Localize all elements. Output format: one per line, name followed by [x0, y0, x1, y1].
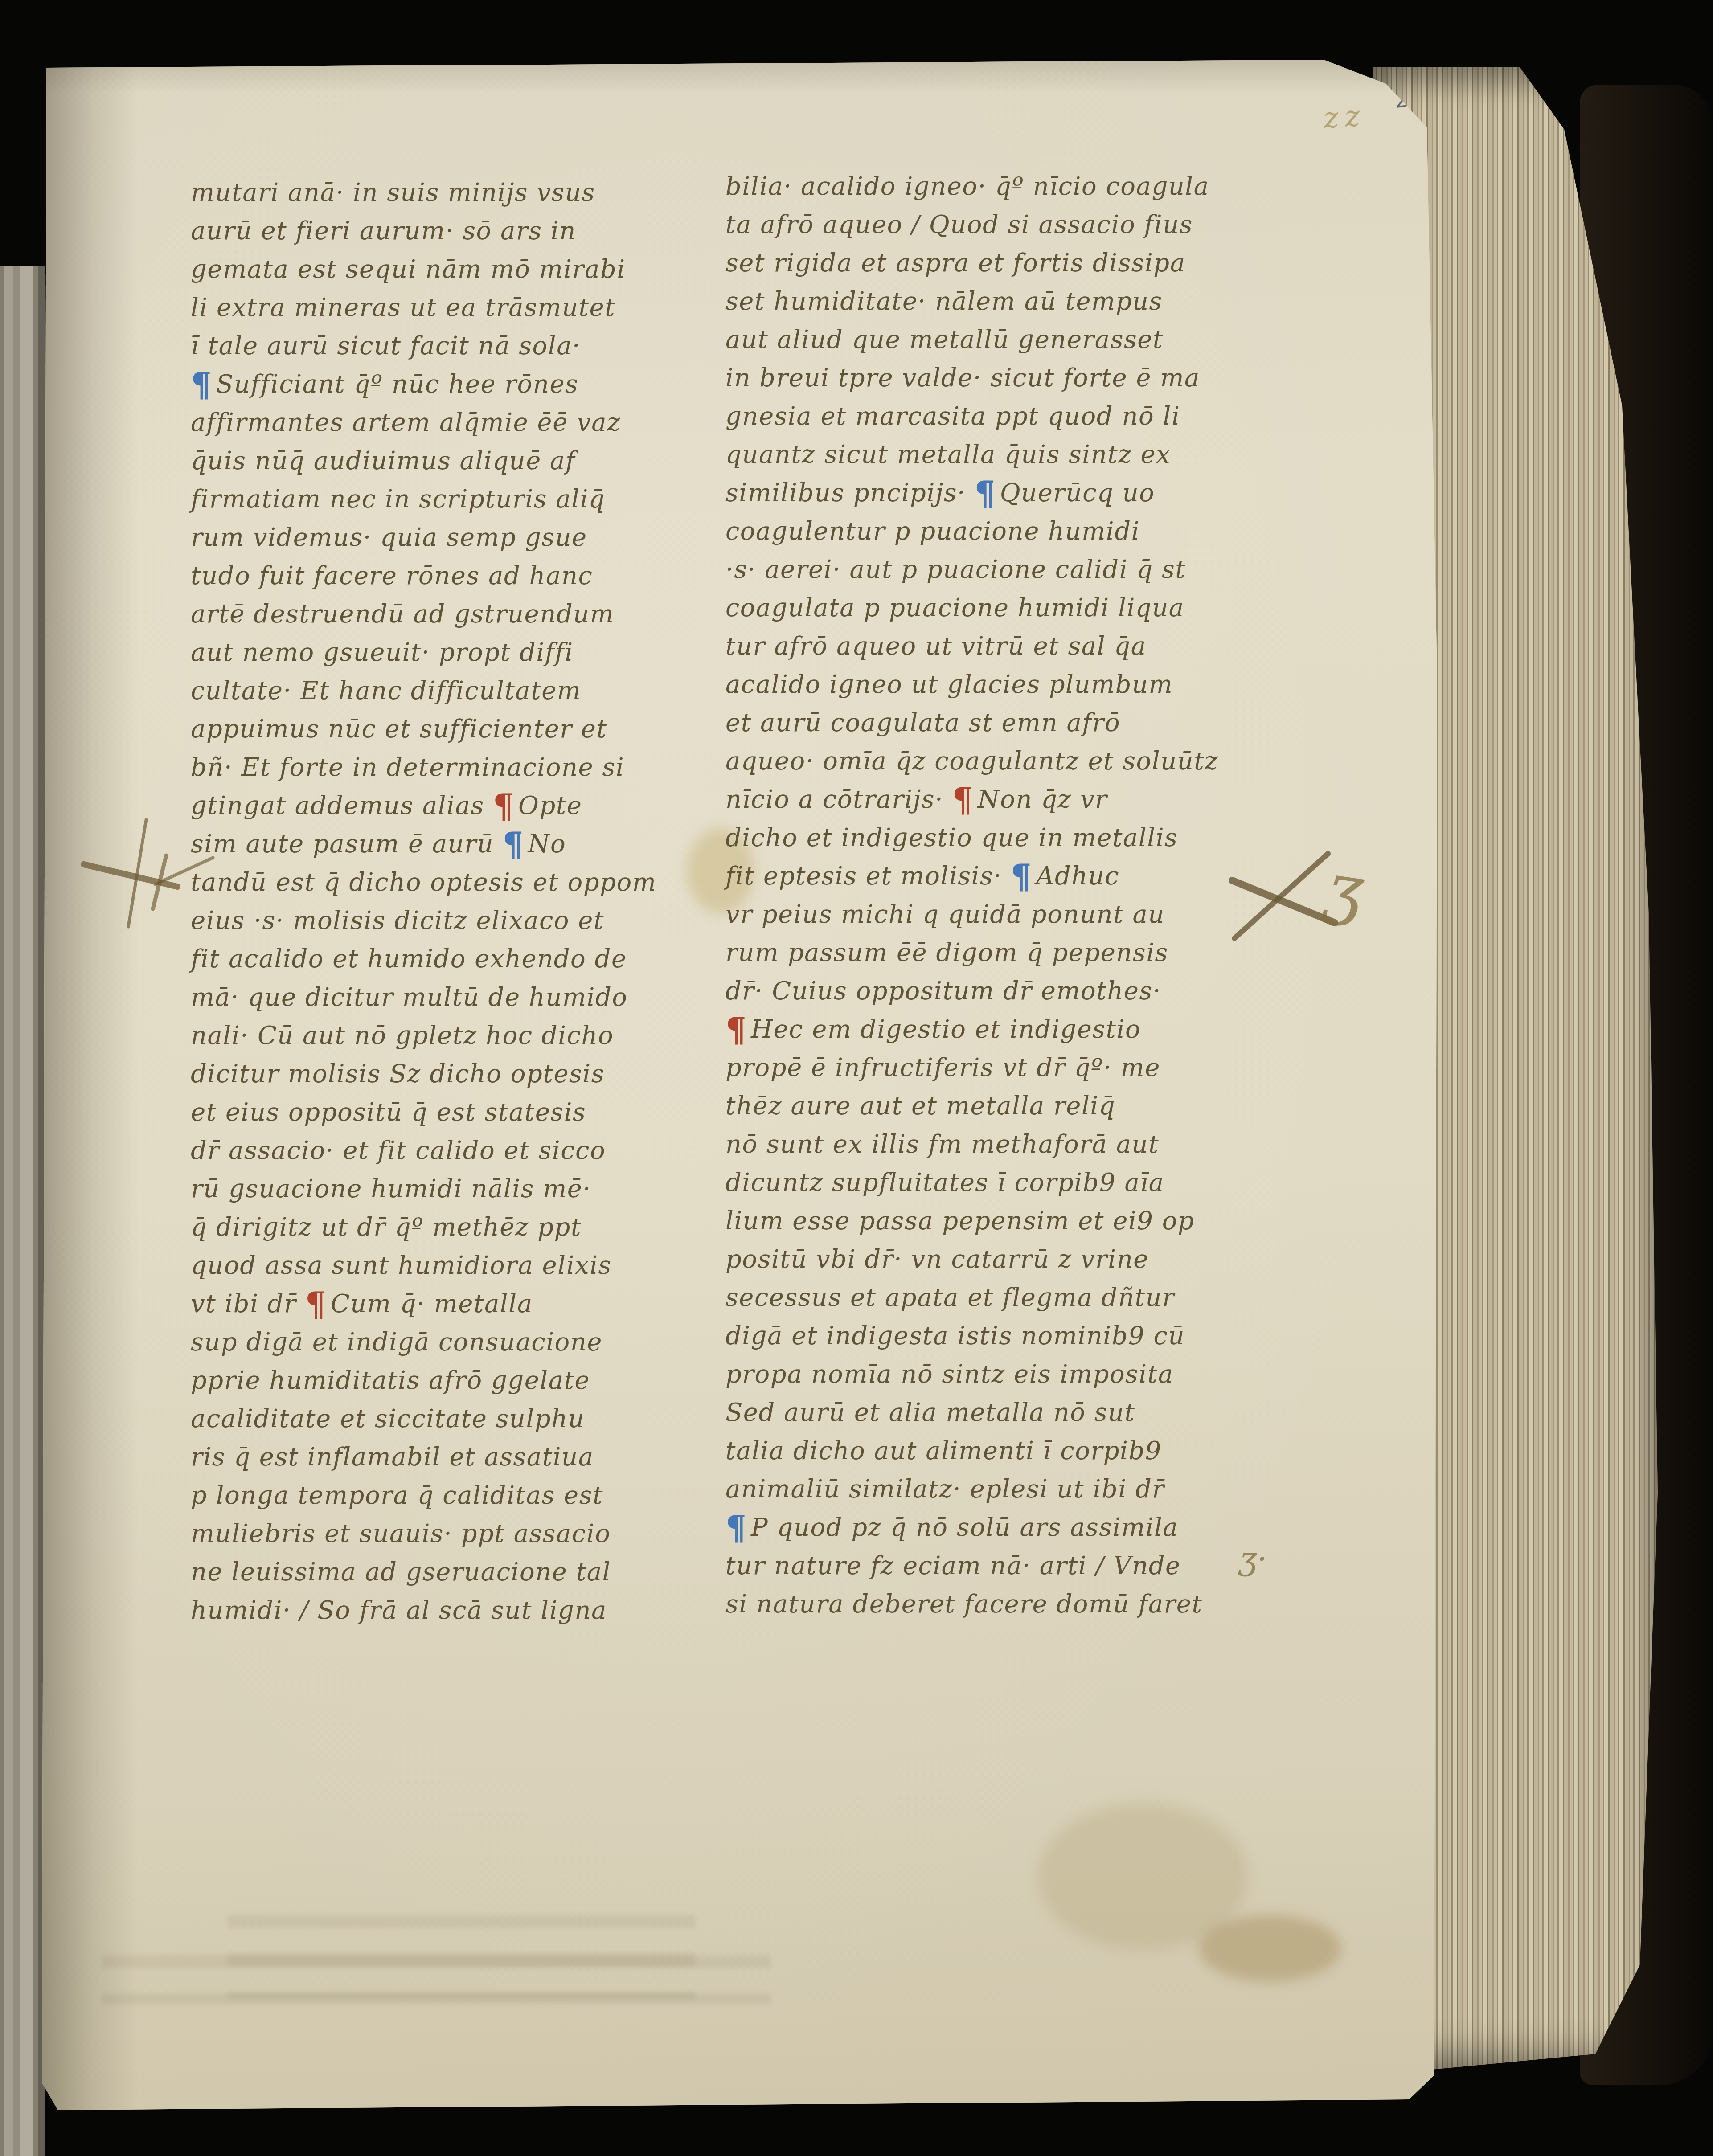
text-line: sup digā et indigā consuacione — [191, 1323, 694, 1362]
text-run: secessus et apata et flegma dñtur — [725, 1283, 1175, 1312]
text-line: sim aute pasum ē aurū ¶No — [191, 825, 694, 863]
text-line: gemata est sequi nām mō mirabi — [191, 250, 694, 289]
text-line: dr̄· Cuius oppositum dr̄ emothes· — [725, 972, 1287, 1010]
text-run: aut nemo gsueuit· propt diffi — [191, 638, 574, 667]
text-run: affirmantes artem alq̄mie ēē vaz — [191, 408, 621, 437]
text-run: talia dicho aut alimenti ī corpib9 — [725, 1436, 1162, 1465]
text-line: dicitur molisis Sz dicho optesis — [191, 1055, 694, 1093]
text-line: lium esse passa pepensim et ei9 op — [725, 1202, 1287, 1240]
manuscript-photo: { "page": { "folio_old": "zz", "folio_ne… — [0, 0, 1713, 2156]
text-line: vt ibi dr̄ ¶Cum q̄· metalla — [191, 1285, 694, 1323]
text-run: mutari anā· in suis minijs vsus — [191, 178, 595, 207]
text-line: rū gsuacione humidi nālis mē· — [191, 1170, 694, 1208]
pilcrow-red-initial: ¶ — [305, 1285, 326, 1324]
text-line: p longa tempora q̄ caliditas est — [191, 1477, 694, 1515]
text-line: quantz sicut metalla q̄uis sintz ex — [725, 436, 1287, 474]
left-margin-cross-mark — [66, 811, 217, 936]
text-run: pprie humiditatis afrō ggelate — [191, 1366, 590, 1395]
text-line: nali· Cū aut nō gpletz hoc dicho — [191, 1017, 694, 1055]
text-line: tur afrō aqueo ut vitrū et sal q̄a — [725, 627, 1287, 666]
text-line: aurū et fieri aurum· sō ars in — [191, 212, 694, 250]
text-run: Opte — [518, 791, 582, 820]
text-line: et eius oppositū q̄ est statesis — [191, 1093, 694, 1132]
text-run: ris q̄ est inflamabil et assatiua — [191, 1443, 594, 1472]
pilcrow-blue-initial: ¶ — [1011, 858, 1032, 896]
text-run: dr̄ assacio· et fit calido et sicco — [191, 1136, 606, 1165]
text-line: eius ·s· molisis dicitz elixaco et — [191, 902, 694, 940]
verso-show-through — [102, 1955, 771, 2004]
text-run: No — [528, 830, 566, 859]
text-run: nīcio a cōtrarijs· — [725, 785, 952, 814]
text-run: et eius oppositū q̄ est statesis — [191, 1098, 586, 1127]
text-line: rum videmus· quia semp gsue — [191, 519, 694, 557]
text-run: q̄ dirigitz ut dr̄ q̄º methēz ppt — [191, 1213, 582, 1242]
text-run: bñ· Et forte in determinacione si — [191, 753, 624, 782]
text-line: nīcio a cōtrarijs· ¶Non q̄z vr — [725, 781, 1287, 819]
text-line: affirmantes artem alq̄mie ēē vaz — [191, 404, 694, 442]
text-run: fit eptesis et molisis· — [725, 862, 1011, 891]
underlying-page-edges — [0, 266, 45, 2156]
text-run: muliebris et suauis· ppt assacio — [191, 1519, 611, 1548]
text-line: li extra mineras ut ea trāsmutet — [191, 289, 694, 327]
text-line: cultate· Et hanc difficultatem — [191, 672, 694, 710]
text-line: animaliū similatz· eplesi ut ibi dr̄ — [725, 1470, 1287, 1509]
text-run: humidi· / So frā al scā sut ligna — [191, 1596, 607, 1625]
text-line: aqueo· omīa q̄z coagulantz et soluūtz — [725, 742, 1287, 781]
text-run: eius ·s· molisis dicitz elixaco et — [191, 906, 604, 935]
text-run: aurū et fieri aurum· sō ars in — [191, 217, 576, 245]
text-run: propē ē infructiferis vt dr̄ q̄º· me — [725, 1053, 1160, 1082]
text-run: P quod pz q̄ nō solū ars assimila — [751, 1513, 1178, 1542]
text-line: q̄uis nūq̄ audiuimus aliquē af — [191, 442, 694, 480]
text-line: acaliditate et siccitate sulphu — [191, 1400, 694, 1438]
text-run: sup digā et indigā consuacione — [191, 1328, 602, 1357]
text-line: coagulata p puacione humidi liqua — [725, 589, 1287, 627]
text-line: nō sunt ex illis fm methaforā aut — [725, 1125, 1287, 1164]
text-line: digā et indigesta istis nominib9 cū — [725, 1317, 1287, 1355]
text-run: mā· que dicitur multū de humido — [191, 983, 628, 1012]
text-line: secessus et apata et flegma dñtur — [725, 1279, 1287, 1317]
text-line: Sed aurū et alia metalla nō sut — [725, 1394, 1287, 1432]
text-line: set humiditate· nālem aū tempus — [725, 282, 1287, 321]
top-edge-shadow — [40, 53, 1448, 93]
text-run: nali· Cū aut nō gpletz hoc dicho — [191, 1021, 614, 1050]
text-line: acalido igneo ut glacies plumbum — [725, 666, 1287, 704]
text-line: bilia· acalido igneo· q̄º nīcio coagula — [725, 168, 1287, 206]
text-line: fit acalido et humido exhendo de — [191, 940, 694, 978]
text-line: tudo fuit facere rōnes ad hanc — [191, 557, 694, 595]
text-run: Adhuc — [1036, 862, 1119, 891]
text-line: ī tale aurū sicut facit nā sola· — [191, 327, 694, 365]
text-line: humidi· / So frā al scā sut ligna — [191, 1591, 694, 1630]
text-run: tur afrō aqueo ut vitrū et sal q̄a — [725, 632, 1147, 661]
text-line: ne leuissima ad gseruacione tal — [191, 1553, 694, 1591]
text-line: aut aliud que metallū generasset — [725, 321, 1287, 359]
text-run: tudo fuit facere rōnes ad hanc — [191, 561, 593, 590]
text-run: fit acalido et humido exhendo de — [191, 945, 627, 974]
text-run: si natura deberet facere domū faret — [725, 1590, 1203, 1619]
text-line: ¶Hec em digestio et indigestio — [725, 1010, 1287, 1049]
text-run: ne leuissima ad gseruacione tal — [191, 1558, 611, 1587]
text-run: dicitur molisis Sz dicho optesis — [191, 1060, 605, 1088]
text-run: p longa tempora q̄ caliditas est — [191, 1481, 603, 1510]
text-line: in breui tpre valde· sicut forte ē ma — [725, 359, 1287, 397]
text-run: rum videmus· quia semp gsue — [191, 523, 587, 552]
text-run: Querūcq uo — [1000, 479, 1155, 507]
text-run: sim aute pasum ē aurū — [191, 830, 502, 859]
text-run: dicho et indigestio que in metallis — [725, 823, 1178, 852]
text-line: quod assa sunt humidiora elixis — [191, 1247, 694, 1285]
text-run: nō sunt ex illis fm methaforā aut — [725, 1130, 1159, 1159]
pilcrow-blue-initial: ¶ — [502, 826, 523, 864]
text-line: ·s· aerei· aut p puacione calidi q̄ st — [725, 551, 1287, 589]
pilcrow-blue-initial: ¶ — [975, 475, 996, 513]
text-run: artē destruendū ad gstruendum — [191, 600, 614, 629]
text-line: ta afrō aqueo / Quod si assacio fius — [725, 206, 1287, 244]
text-line: thēz aure aut et metalla reliq̄ — [725, 1087, 1287, 1125]
text-line: si natura deberet facere domū faret — [725, 1585, 1287, 1624]
text-run: gemata est sequi nām mō mirabi — [191, 255, 626, 284]
folio-number-old: zz — [1323, 99, 1367, 135]
text-line: muliebris et suauis· ppt assacio — [191, 1515, 694, 1553]
text-run: ta afrō aqueo / Quod si assacio fius — [725, 210, 1193, 239]
text-run: in breui tpre valde· sicut forte ē ma — [725, 364, 1200, 393]
pilcrow-red-initial: ¶ — [725, 1011, 746, 1049]
text-line: talia dicho aut alimenti ī corpib9 — [725, 1432, 1287, 1470]
pilcrow-red-initial: ¶ — [493, 787, 514, 826]
text-run: ī tale aurū sicut facit nā sola· — [191, 331, 581, 360]
text-run: q̄uis nūq̄ audiuimus aliquē af — [191, 446, 575, 475]
text-line: mā· que dicitur multū de humido — [191, 978, 694, 1017]
text-run: rū gsuacione humidi nālis mē· — [191, 1174, 591, 1203]
text-run: tandū est q̄ dicho optesis et oppom — [191, 868, 656, 897]
text-line: et aurū coagulata st emn afrō — [725, 704, 1287, 742]
text-line: dr̄ assacio· et fit calido et sicco — [191, 1132, 694, 1170]
text-run: Non q̄z vr — [978, 785, 1108, 814]
text-run: cultate· Et hanc difficultatem — [191, 676, 581, 705]
text-run: set rigida et aspra et fortis dissipa — [725, 249, 1186, 278]
text-line: positū vbi dr̄· vn catarrū z vrine — [725, 1240, 1287, 1279]
text-line: fit eptesis et molisis· ¶Adhuc — [725, 857, 1287, 896]
pilcrow-red-initial: ¶ — [952, 781, 973, 819]
text-run: lium esse passa pepensim et ei9 op — [725, 1207, 1194, 1236]
text-line: vr peius michi q quidā ponunt au — [725, 896, 1287, 934]
text-line: propa nomīa nō sintz eis imposita — [725, 1355, 1287, 1394]
text-run: set humiditate· nālem aū tempus — [725, 287, 1163, 316]
text-run: vt ibi dr̄ — [191, 1289, 305, 1318]
manuscript-page: zz 23 mutari anā· in suis minijs vsusaur… — [40, 53, 1448, 2115]
text-run: Sufficiant q̄º nūc hee rōnes — [216, 370, 578, 399]
text-line: ¶Sufficiant q̄º nūc hee rōnes — [191, 365, 694, 404]
text-run: bilia· acalido igneo· q̄º nīcio coagula — [725, 172, 1209, 201]
text-line: set rigida et aspra et fortis dissipa — [725, 244, 1287, 282]
text-line: rum passum ēē digom q̄ pepensis — [725, 934, 1287, 972]
text-column-right: bilia· acalido igneo· q̄º nīcio coagulat… — [725, 168, 1287, 1624]
text-line: coagulentur p puacione humidi — [725, 512, 1287, 551]
text-run: coagulentur p puacione humidi — [725, 517, 1140, 546]
text-run: quantz sicut metalla q̄uis sintz ex — [725, 440, 1171, 469]
text-run: Hec em digestio et indigestio — [751, 1015, 1141, 1044]
text-run: li extra mineras ut ea trāsmutet — [191, 293, 615, 322]
text-line: gtingat addemus alias ¶Opte — [191, 787, 694, 825]
text-run: propa nomīa nō sintz eis imposita — [725, 1360, 1174, 1389]
text-run: firmatiam nec in scripturis aliq̄ — [191, 485, 605, 514]
text-run: aut aliud que metallū generasset — [725, 325, 1164, 354]
text-run: similibus pncipijs· — [725, 479, 975, 507]
text-run: dr̄· Cuius oppositum dr̄ emothes· — [725, 977, 1161, 1006]
text-run: gtingat addemus alias — [191, 791, 493, 820]
text-run: dicuntz supfluitates ī corpib9 aīa — [725, 1168, 1164, 1197]
text-line: similibus pncipijs· ¶Querūcq uo — [725, 474, 1287, 512]
text-line: bñ· Et forte in determinacione si — [191, 749, 694, 787]
pilcrow-blue-initial: ¶ — [191, 366, 212, 404]
text-line: firmatiam nec in scripturis aliq̄ — [191, 480, 694, 519]
text-run: thēz aure aut et metalla reliq̄ — [725, 1092, 1115, 1121]
text-run: gnesia et marcasita ppt quod nō li — [725, 402, 1180, 431]
text-run: et aurū coagulata st emn afrō — [725, 708, 1120, 737]
gutter-shadow — [40, 53, 138, 2115]
text-run: positū vbi dr̄· vn catarrū z vrine — [725, 1245, 1149, 1274]
text-line: propē ē infructiferis vt dr̄ q̄º· me — [725, 1049, 1287, 1087]
text-run: ·s· aerei· aut p puacione calidi q̄ st — [725, 555, 1186, 584]
ink-stain — [1199, 1915, 1341, 1982]
text-run: acalido igneo ut glacies plumbum — [725, 670, 1173, 699]
text-run: digā et indigesta istis nominib9 cū — [725, 1321, 1185, 1350]
text-line: dicho et indigestio que in metallis — [725, 819, 1287, 857]
text-run: rum passum ēē digom q̄ pepensis — [725, 938, 1168, 967]
text-run: appuimus nūc et sufficienter et — [191, 715, 607, 744]
text-line: mutari anā· in suis minijs vsus — [191, 174, 694, 212]
text-line: tandū est q̄ dicho optesis et oppom — [191, 863, 694, 902]
text-line: artē destruendū ad gstruendum — [191, 595, 694, 634]
text-run: coagulata p puacione humidi liqua — [725, 593, 1184, 622]
text-run: acaliditate et siccitate sulphu — [191, 1404, 585, 1433]
text-line: gnesia et marcasita ppt quod nō li — [725, 397, 1287, 436]
text-column-left: mutari anā· in suis minijs vsusaurū et f… — [191, 174, 694, 1630]
text-line: q̄ dirigitz ut dr̄ q̄º methēz ppt — [191, 1208, 694, 1247]
text-line: pprie humiditatis afrō ggelate — [191, 1362, 694, 1400]
text-run: Cum q̄· metalla — [331, 1289, 533, 1318]
text-run: tur nature fz eciam nā· arti / Vnde — [725, 1551, 1181, 1580]
text-line: appuimus nūc et sufficienter et — [191, 710, 694, 749]
text-line: ris q̄ est inflamabil et assatiua — [191, 1438, 694, 1477]
right-margin-small-mark: ʒ· — [1238, 1539, 1268, 1578]
text-line: tur nature fz eciam nā· arti / Vnde — [725, 1547, 1287, 1585]
text-run: Sed aurū et alia metalla nō sut — [725, 1398, 1135, 1427]
text-run: vr peius michi q quidā ponunt au — [725, 900, 1165, 929]
text-run: quod assa sunt humidiora elixis — [191, 1251, 612, 1280]
text-line: ¶P quod pz q̄ nō solū ars assimila — [725, 1509, 1287, 1547]
text-run: animaliū similatz· eplesi ut ibi dr̄ — [725, 1475, 1165, 1504]
text-run: aqueo· omīa q̄z coagulantz et soluūtz — [725, 747, 1218, 776]
text-line: aut nemo gsueuit· propt diffi — [191, 634, 694, 672]
pilcrow-blue-initial: ¶ — [725, 1509, 746, 1547]
text-line: dicuntz supfluitates ī corpib9 aīa — [725, 1164, 1287, 1202]
